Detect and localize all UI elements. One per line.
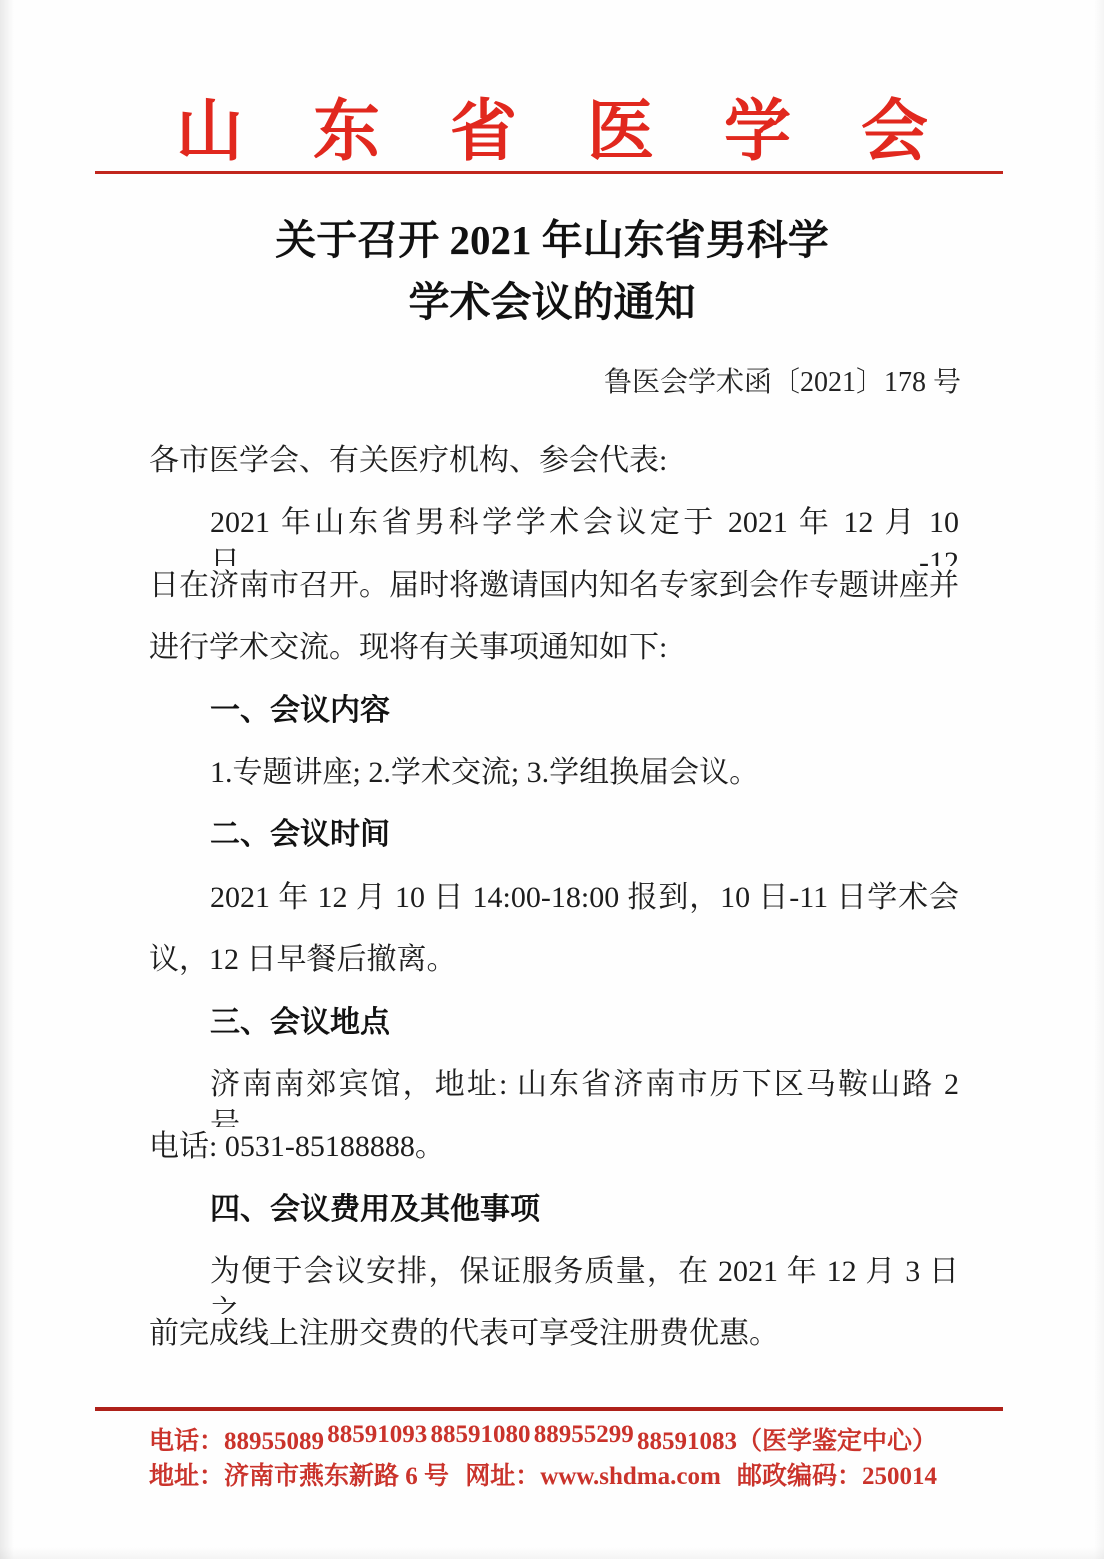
letterhead-org-name: 山东省医学会 <box>0 78 1104 174</box>
body-line: 2021 年山东省男科学学术会议定于 2021 年 12 月 10 日-12 <box>149 503 959 565</box>
section-heading-fees: 四、会议费用及其他事项 <box>149 1190 959 1252</box>
section-heading-time: 二、会议时间 <box>149 815 959 877</box>
postcode-value: 250014 <box>862 1463 937 1490</box>
body-line: 前完成线上注册交费的代表可享受注册费优惠。 <box>149 1314 959 1376</box>
phone-number: 88955089 <box>224 1428 324 1455</box>
page-title: 关于召开 2021 年山东省男科学 学术会议的通知 <box>0 209 1104 333</box>
phone-number: 88591093 <box>327 1421 427 1457</box>
body-line: 1.专题讲座; 2.学术交流; 3.学组换届会议。 <box>149 753 959 815</box>
body-line: 济南南郊宾馆，地址: 山东省济南市历下区马鞍山路 2 号， <box>149 1065 959 1127</box>
phone-number: 88591080 <box>430 1421 530 1457</box>
section-heading-venue: 三、会议地点 <box>149 1003 959 1065</box>
footer-phones-row: 电话：88955089 88591093 88591080 88955299 8… <box>149 1421 937 1457</box>
footer-website-group: 网址：www.shdma.com <box>465 1456 721 1492</box>
org-name-text: 山东省医学会 <box>176 78 998 174</box>
notice-body: 各市医学会、有关医疗机构、参会代表: 2021 年山东省男科学学术会议定于 20… <box>149 441 959 1377</box>
phone-number: 88955299 <box>534 1421 634 1457</box>
body-line: 日在济南市召开。届时将邀请国内知名专家到会作专题讲座并 <box>149 566 959 628</box>
reference-number: 鲁医会学术函〔2021〕178 号 <box>0 360 1104 400</box>
section-heading-contents: 一、会议内容 <box>149 691 959 753</box>
page-title-line2: 学术会议的通知 <box>0 271 1104 333</box>
website-label: 网址： <box>465 1463 540 1490</box>
address-value: 济南市燕东新路 6 号 <box>224 1463 449 1490</box>
footer-address-group: 地址：济南市燕东新路 6 号 <box>149 1456 449 1492</box>
body-line: 2021 年 12 月 10 日 14:00-18:00 报到，10 日-11 … <box>149 878 959 940</box>
page-title-line1: 关于召开 2021 年山东省男科学 <box>0 209 1104 271</box>
footer-divider <box>95 1407 1003 1411</box>
letterhead-divider <box>95 171 1003 174</box>
address-label: 地址： <box>149 1463 224 1490</box>
footer-phone-group: 电话：88955089 <box>149 1421 324 1457</box>
body-line: 电话: 0531-85188888。 <box>149 1127 959 1189</box>
body-line: 为便于会议安排，保证服务质量，在 2021 年 12 月 3 日之 <box>149 1252 959 1314</box>
postcode-label: 邮政编码： <box>737 1463 862 1490</box>
footer-postcode-group: 邮政编码：250014 <box>737 1456 937 1492</box>
phone-label: 电话： <box>149 1428 224 1455</box>
salutation-line: 各市医学会、有关医疗机构、参会代表: <box>149 441 959 503</box>
footer-address-row: 地址：济南市燕东新路 6 号 网址：www.shdma.com 邮政编码：250… <box>149 1456 937 1492</box>
notice-document-page: 山东省医学会 关于召开 2021 年山东省男科学 学术会议的通知 鲁医会学术函〔… <box>0 0 1104 1559</box>
body-line: 议，12 日早餐后撤离。 <box>149 940 959 1002</box>
phone-number-appraisal-center: 88591083（医学鉴定中心） <box>637 1421 937 1457</box>
body-line: 进行学术交流。现将有关事项通知如下: <box>149 628 959 690</box>
website-value: www.shdma.com <box>540 1463 721 1490</box>
